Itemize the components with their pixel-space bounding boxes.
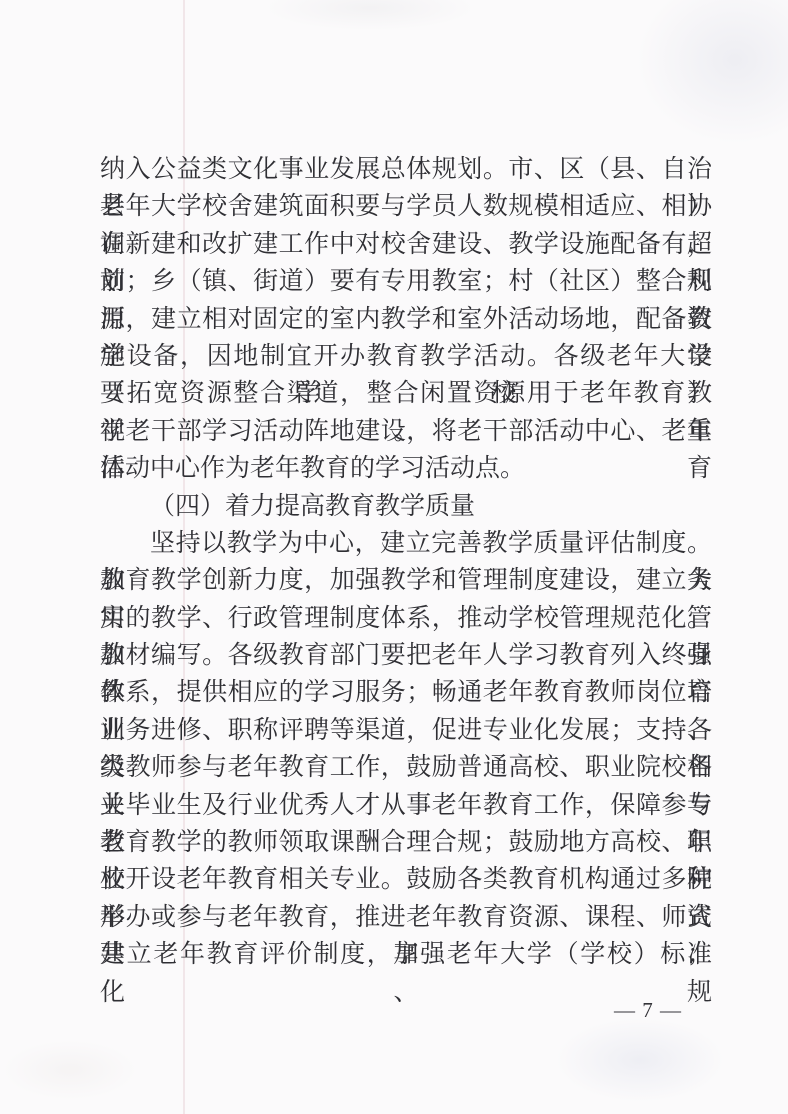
text-line: 源，建立相对固定的室内教学和室外活动场地，配备教学设	[100, 301, 712, 338]
text-line: 校开设老年教育相关专业。鼓励各类教育机构通过多种形式	[100, 861, 712, 898]
text-line: 坚持以教学为中心，建立完善教学质量评估制度。加大	[100, 525, 712, 562]
text-line: 划；乡（镇、街道）要有专用教室；村（社区）整合利用资	[100, 263, 712, 300]
text-line: 教育教学创新力度，加强教学和管理制度建设，建立务实管	[100, 562, 712, 599]
text-line: 体系，提供相应的学习服务；畅通老年教育教师岗位培训、	[100, 674, 712, 711]
text-line: 纳入公益类文化事业发展总体规划。市、区（县、自治县）	[100, 151, 712, 188]
text-line: 在新建和改扩建工作中对校舍建设、教学设施配备有超前规	[100, 226, 712, 263]
text-line: 施设备，因地制宜开办教育教学活动。各级老年大学（学校）	[100, 338, 712, 375]
text-line: 业务进修、职称评聘等渠道，促进专业化发展；支持各级各	[100, 712, 712, 749]
text-line: 教材编写。各级教育部门要把老年人学习教育列入终身教育	[100, 637, 712, 674]
text-line: 举办或参与老年教育，推进老年教育资源、课程、师资共享；	[100, 899, 712, 936]
text-line: 视老干部学习活动阵地建设，将老干部活动中心、老年体育	[100, 413, 712, 450]
scanned-document-page: 纳入公益类文化事业发展总体规划。市、区（县、自治县） 老年大学校舍建筑面积要与学…	[0, 0, 788, 1114]
text-line: 类教师参与老年教育工作，鼓励普通高校、职业院校相关专	[100, 749, 712, 786]
text-line: 老年大学校舍建筑面积要与学员人数规模相适应、相协调，	[100, 188, 712, 225]
document-text-block: 纳入公益类文化事业发展总体规划。市、区（县、自治县） 老年大学校舍建筑面积要与学…	[100, 151, 712, 974]
page-number: — 7 —	[614, 998, 682, 1022]
text-line: 建立老年教育评价制度，加强老年大学（学校）标准化、规	[100, 936, 712, 973]
text-line: 业毕业生及行业优秀人才从事老年教育工作，保障参与老年	[100, 787, 712, 824]
text-line: 要拓宽资源整合渠道，整合闲置资源用于老年教育教学。重	[100, 375, 712, 412]
text-line: 教育教学的教师领取课酬合理合规；鼓励地方高校、职业院	[100, 824, 712, 861]
section-heading: （四）着力提高教育教学质量	[100, 488, 712, 525]
text-line: 用的教学、行政管理制度体系，推动学校管理规范化。加强	[100, 600, 712, 637]
